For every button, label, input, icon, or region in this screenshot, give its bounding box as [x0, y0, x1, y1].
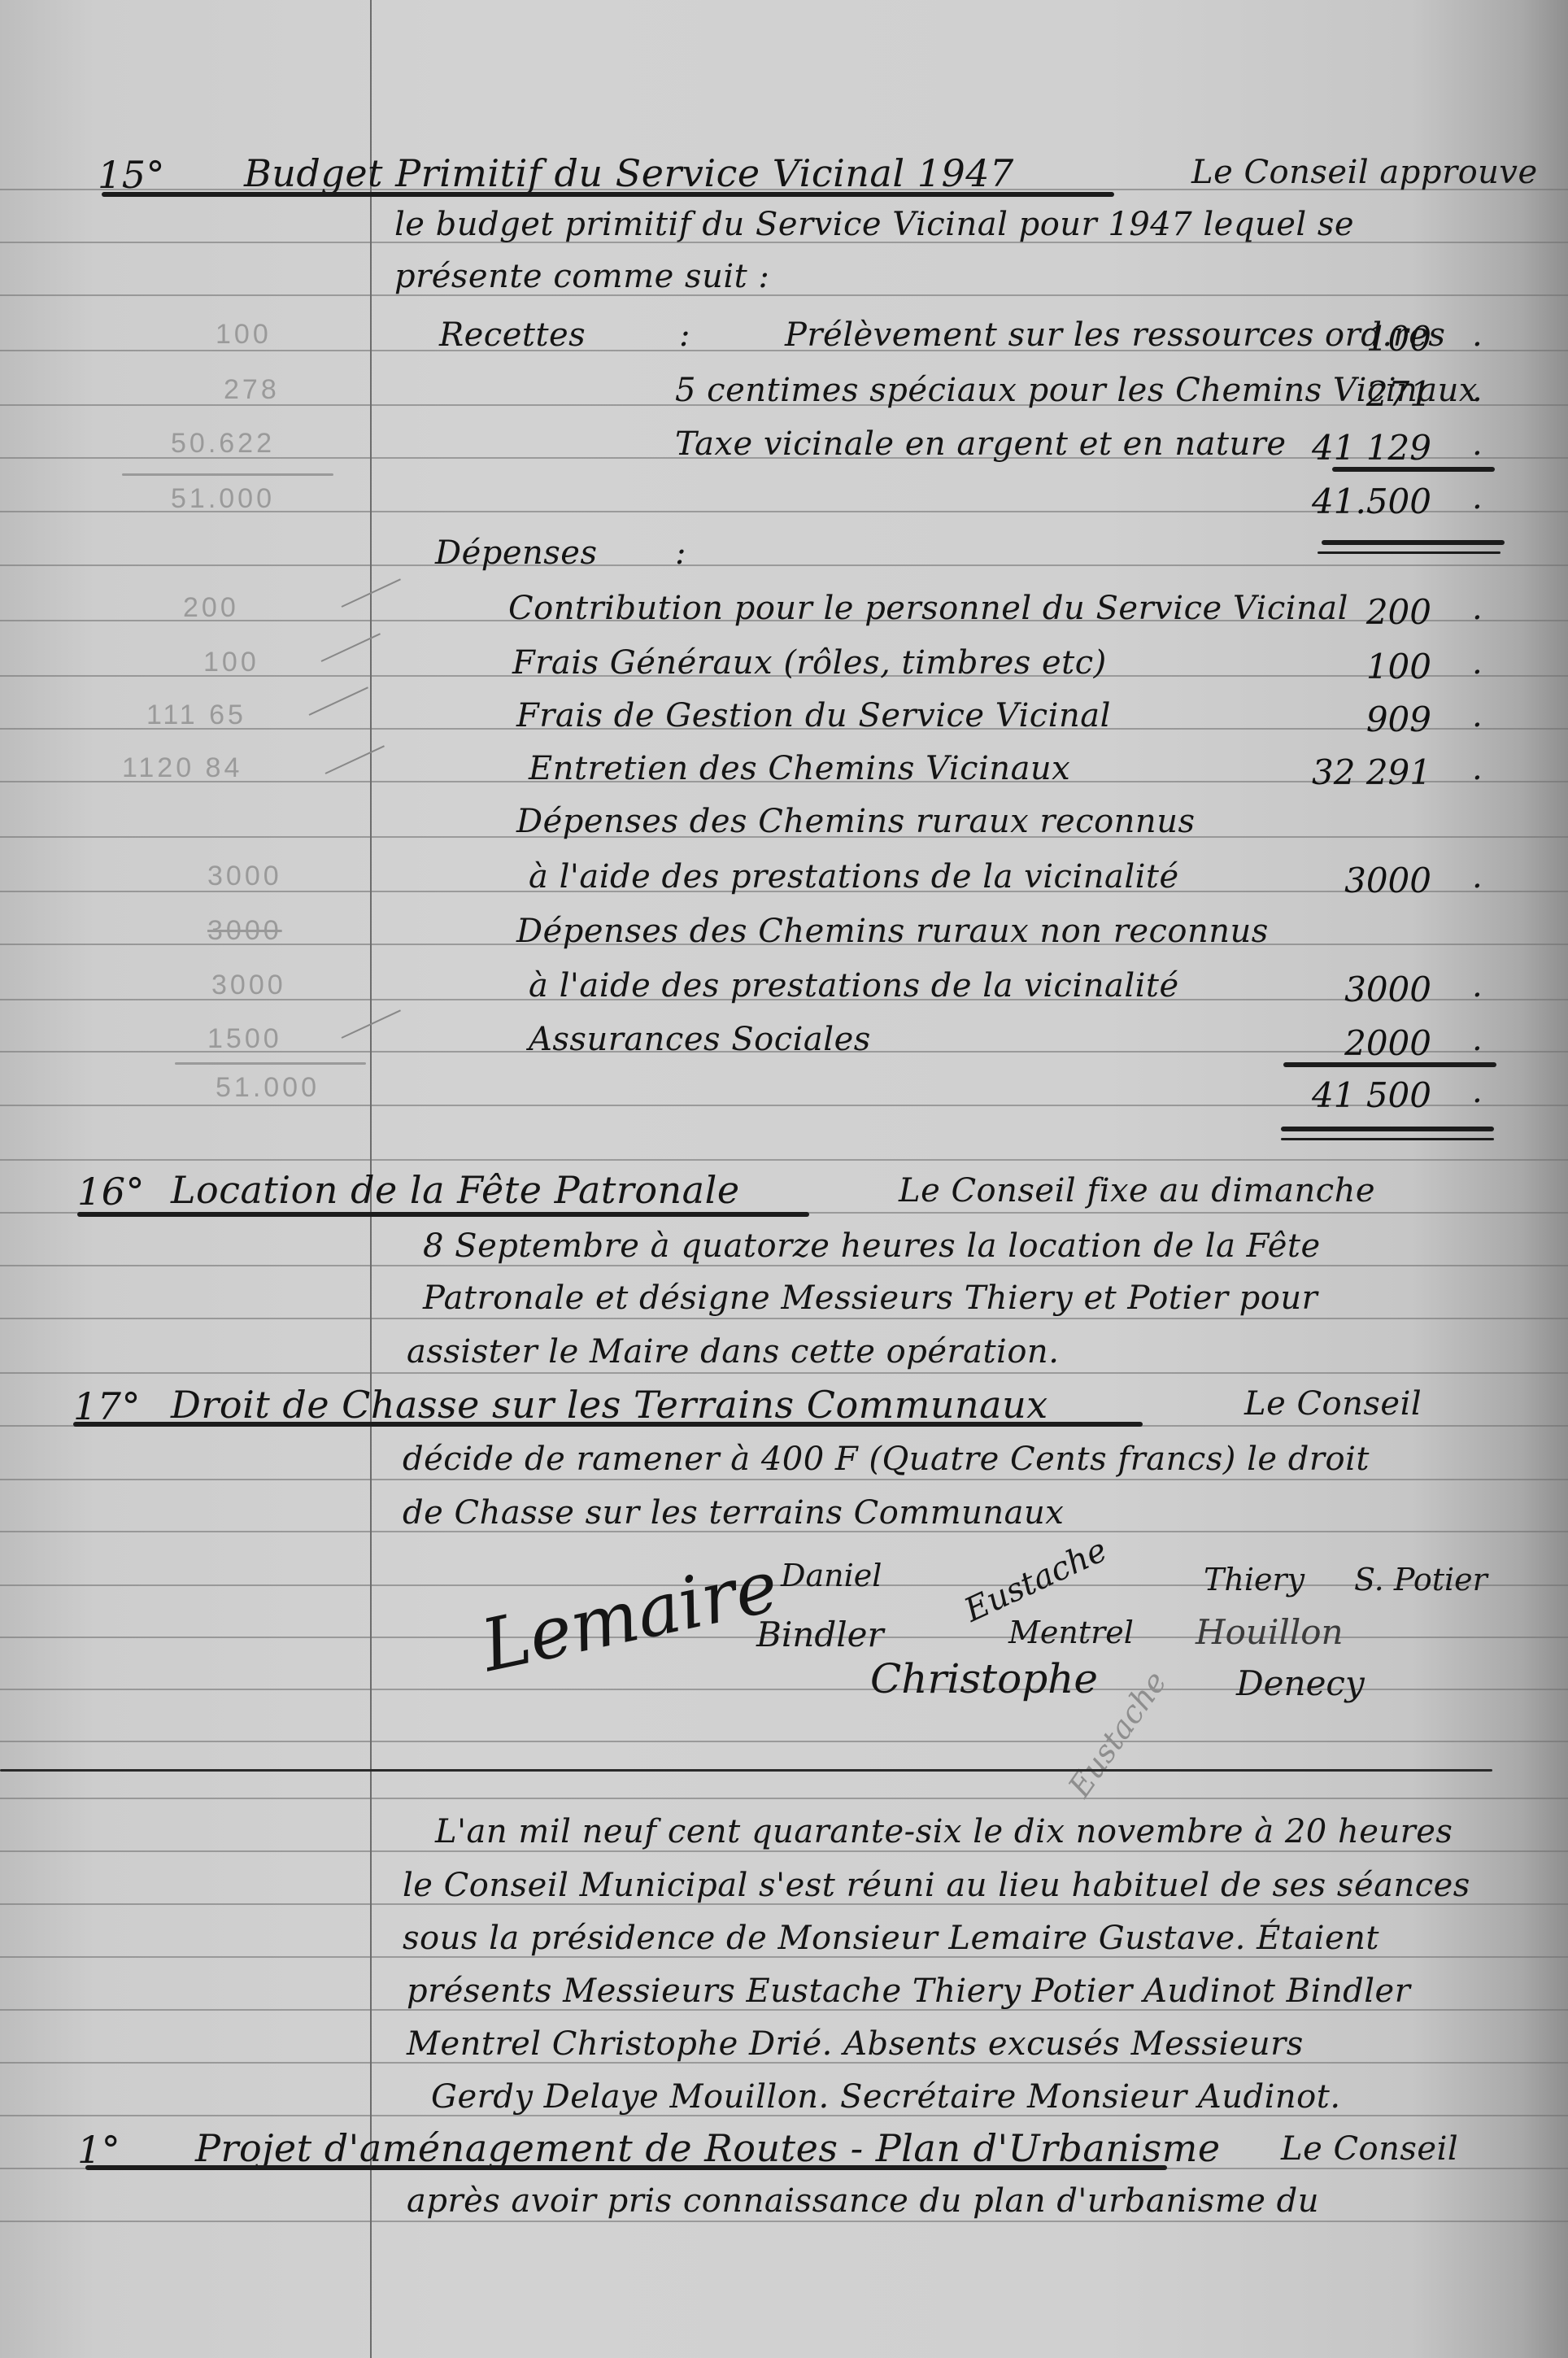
pencil-note: 100	[216, 319, 272, 351]
pencil-sum-line	[175, 1062, 366, 1065]
recettes-total-dot: .	[1472, 482, 1483, 514]
signature: Lemaire	[474, 1544, 785, 1688]
signature: Bindler	[756, 1615, 884, 1654]
minutes-line-6: Gerdy Delaye Mouillon. Secrétaire Monsie…	[431, 2081, 1341, 2113]
recettes-total: 41.500	[1244, 482, 1431, 521]
depenses-item-2-dot: .	[1472, 647, 1483, 679]
pencil-note: 3000	[211, 970, 286, 1001]
section-16-title: Location de la Fête Patronale	[171, 1171, 740, 1209]
depenses-item-3-dot: .	[1472, 700, 1483, 732]
pencil-note: 100	[203, 647, 259, 678]
depenses-colon: :	[675, 537, 686, 569]
recettes-item-1-amount: 100	[1244, 319, 1431, 359]
depenses-item-4-label: Entretien des Chemins Vicinaux	[529, 752, 1070, 785]
section-15-title: Budget Primitif du Service Vicinal 1947	[244, 155, 1014, 192]
section-17-title: Droit de Chasse sur les Terrains Communa…	[171, 1386, 1048, 1423]
depenses-item-5-dot: .	[1472, 861, 1483, 893]
pencil-sum-line	[122, 473, 333, 476]
recettes-item-3-amount: 41 129	[1244, 428, 1431, 468]
section-17-number: 17°	[73, 1388, 141, 1425]
signature: Thiery	[1204, 1562, 1304, 1597]
section-15-intro-line-3: présente comme suit :	[394, 260, 769, 293]
depenses-item-5-amount: 3000	[1244, 861, 1431, 900]
pencil-note: 51.000	[216, 1072, 320, 1104]
depenses-item-6-amount: 3000	[1244, 970, 1431, 1009]
signature: Christophe	[870, 1655, 1098, 1702]
minutes-line-4: présents Messieurs Eustache Thiery Potie…	[407, 1975, 1410, 2007]
signature: Denecy	[1236, 1663, 1365, 1703]
recettes-colon: :	[679, 319, 690, 351]
section-16-number: 16°	[77, 1173, 145, 1210]
depenses-item-2-label: Frais Généraux (rôles, timbres etc)	[512, 647, 1107, 679]
signature: Mentrel	[1008, 1615, 1134, 1650]
section-16-body-line-1: Le Conseil fixe au dimanche	[899, 1175, 1375, 1207]
recettes-item-3-label: Taxe vicinale en argent et en nature	[675, 428, 1287, 460]
depenses-item-3-amount: 909	[1244, 700, 1431, 739]
pencil-note: 1500	[207, 1023, 282, 1055]
pencil-note: 111 65	[146, 700, 246, 731]
depenses-item-5-label-line-1: Dépenses des Chemins ruraux reconnus	[516, 805, 1195, 838]
pencil-check-mark	[325, 745, 385, 774]
section-15-intro-line-2: le budget primitif du Service Vicinal po…	[394, 208, 1354, 241]
signature: Houillon	[1196, 1612, 1344, 1652]
depenses-item-7-label: Assurances Sociales	[529, 1023, 871, 1056]
pencil-note: 3000	[207, 861, 282, 892]
section-16-title-underline	[77, 1212, 809, 1217]
section-17-body-line-1: Le Conseil	[1244, 1388, 1422, 1420]
minutes-line-5: Mentrel Christophe Drié. Absents excusés…	[407, 2028, 1304, 2060]
depenses-item-5-label-line-2: à l'aide des prestations de la vicinalit…	[529, 861, 1179, 893]
recettes-item-2-amount: 271	[1244, 374, 1431, 414]
pencil-note: 200	[183, 592, 239, 624]
minutes-item-1-underline	[85, 2165, 1167, 2170]
recettes-item-1-dot: .	[1472, 319, 1483, 351]
section-15-number: 15°	[98, 156, 165, 194]
signature: S. Potier	[1354, 1562, 1487, 1597]
recettes-sum-line	[1332, 467, 1495, 472]
recettes-double-line-1	[1322, 540, 1505, 545]
minutes-line-3: sous la présidence de Monsieur Lemaire G…	[403, 1922, 1379, 1955]
depenses-total: 41 500	[1244, 1075, 1431, 1115]
depenses-item-3-label: Frais de Gestion du Service Vicinal	[516, 700, 1111, 732]
pencil-note: 1120 84	[122, 752, 242, 784]
depenses-item-1-amount: 200	[1244, 592, 1431, 632]
depenses-label: Dépenses	[435, 537, 598, 569]
pencil-note: 278	[224, 374, 280, 406]
minutes-item-1-body-line-1: Le Conseil	[1281, 2133, 1458, 2165]
pencil-note: 50.622	[171, 428, 275, 460]
section-17-title-underline	[73, 1422, 1143, 1427]
depenses-sum-line	[1283, 1062, 1496, 1067]
depenses-double-line-2	[1281, 1138, 1494, 1140]
minutes-item-1-number: 1°	[77, 2131, 120, 2168]
minutes-item-1-title: Projet d'aménagement de Routes - Plan d'…	[195, 2129, 1221, 2167]
depenses-item-1-dot: .	[1472, 592, 1483, 625]
depenses-item-7-dot: .	[1472, 1023, 1483, 1056]
session-separator-line	[0, 1769, 1492, 1772]
recettes-item-2-dot: .	[1472, 374, 1483, 407]
depenses-item-6-dot: .	[1472, 970, 1483, 1002]
minutes-line-1: L'an mil neuf cent quarante-six le dix n…	[435, 1815, 1453, 1848]
section-15-title-underline	[102, 192, 1114, 197]
pencil-check-mark	[309, 686, 368, 716]
depenses-item-2-amount: 100	[1244, 647, 1431, 686]
section-17-body-line-2: décide de ramener à 400 F (Quatre Cents …	[403, 1443, 1370, 1475]
pencil-note: 51.000	[171, 483, 275, 515]
recettes-double-line-2	[1318, 551, 1500, 554]
depenses-item-6-label-line-2: à l'aide des prestations de la vicinalit…	[529, 970, 1179, 1002]
section-15-intro-line-1: Le Conseil approuve	[1191, 156, 1538, 189]
section-16-body-line-2: 8 Septembre à quatorze heures la locatio…	[423, 1230, 1321, 1262]
depenses-item-1-label: Contribution pour le personnel du Servic…	[508, 592, 1348, 625]
recettes-item-3-dot: .	[1472, 428, 1483, 460]
depenses-item-4-dot: .	[1472, 752, 1483, 785]
section-16-body-line-3: Patronale et désigne Messieurs Thiery et…	[423, 1282, 1318, 1314]
recettes-label: Recettes	[439, 319, 586, 351]
register-page: 15° Budget Primitif du Service Vicinal 1…	[0, 0, 1568, 2358]
pencil-note-crossed: 3000	[207, 915, 282, 947]
depenses-item-7-amount: 2000	[1244, 1023, 1431, 1063]
minutes-item-1-body-line-2: après avoir pris connaissance du plan d'…	[407, 2185, 1319, 2217]
depenses-total-dot: .	[1472, 1075, 1483, 1108]
minutes-line-2: le Conseil Municipal s'est réuni au lieu…	[403, 1869, 1470, 1902]
section-17-body-line-3: de Chasse sur les terrains Communaux	[403, 1497, 1064, 1529]
depenses-item-4-amount: 32 291	[1244, 752, 1431, 792]
depenses-double-line-1	[1281, 1127, 1494, 1131]
signature: Daniel	[781, 1558, 882, 1593]
section-16-body-line-4: assister le Maire dans cette opération.	[407, 1336, 1059, 1368]
depenses-item-6-label-line-1: Dépenses des Chemins ruraux non reconnus	[516, 915, 1269, 948]
